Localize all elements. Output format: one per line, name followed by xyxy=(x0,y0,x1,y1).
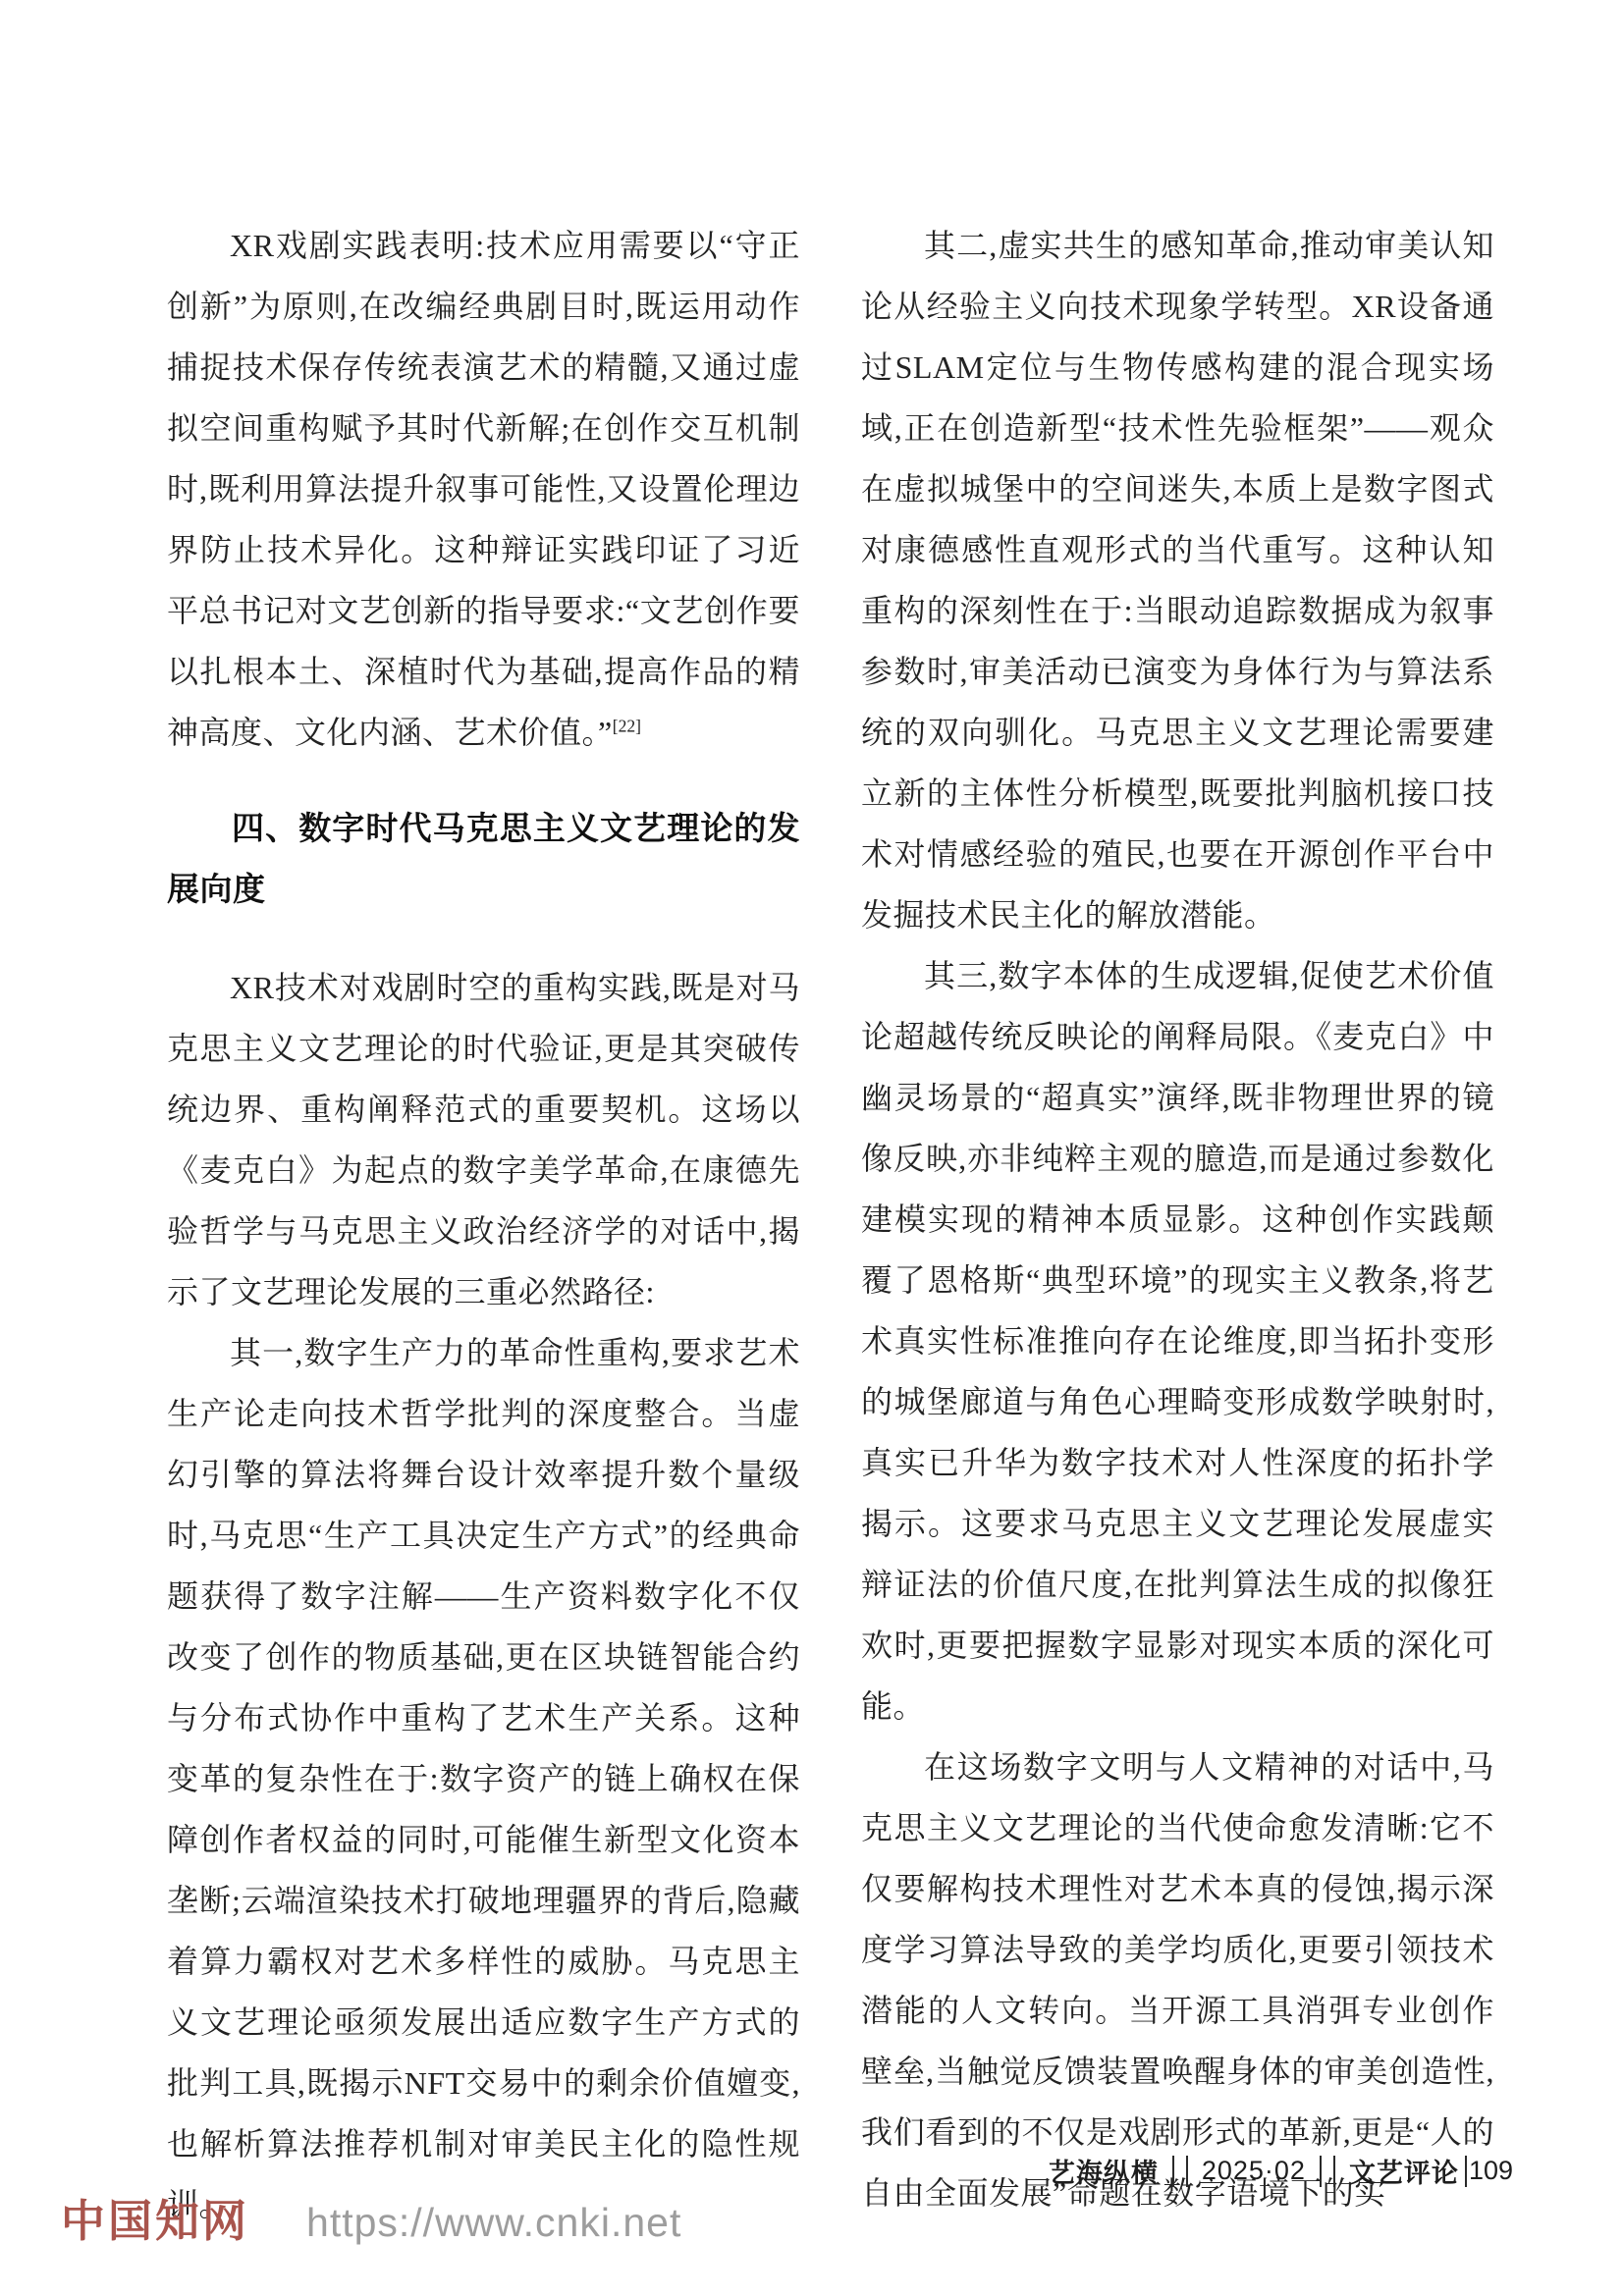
article-body: XR戏剧实践表明:技术应用需要以“守正创新”为原则,在改编经典剧目时,既运用动作… xyxy=(167,215,1494,2235)
issue-number: 2025·02 xyxy=(1202,2156,1306,2186)
footer-divider xyxy=(1465,2156,1467,2187)
section-name: 文艺评论 xyxy=(1349,2152,1459,2190)
right-column: 其二,虚实共生的感知革命,推动审美认知论从经验主义向技术现象学转型。XR设备通过… xyxy=(861,215,1494,2235)
page-footer: 艺海纵横 2025·02 文艺评论 109 xyxy=(1049,2152,1513,2190)
paragraph: XR技术对戏剧时空的重构实践,既是对马克思主义文艺理论的时代验证,更是其突破传统… xyxy=(167,957,800,1322)
journal-title: 艺海纵横 xyxy=(1049,2152,1159,2190)
left-column: XR戏剧实践表明:技术应用需要以“守正创新”为原则,在改编经典剧目时,既运用动作… xyxy=(167,215,800,2235)
paragraph: 其一,数字生产力的革命性重构,要求艺术生产论走向技术哲学批判的深度整合。当虚幻引… xyxy=(167,1322,800,2235)
paragraph: 其三,数字本体的生成逻辑,促使艺术价值论超越传统反映论的阐释局限。《麦克白》中幽… xyxy=(861,945,1494,1736)
paragraph-text: XR戏剧实践表明:技术应用需要以“守正创新”为原则,在改编经典剧目时,既运用动作… xyxy=(167,228,800,750)
cnki-url: https://www.cnki.net xyxy=(306,2200,681,2246)
paragraph: 在这场数字文明与人文精神的对话中,马克思主义文艺理论的当代使命愈发清晰:它不仅要… xyxy=(861,1736,1494,2223)
footer-divider xyxy=(1320,2156,1322,2187)
section-heading: 四、数字时代马克思主义文艺理论的发展向度 xyxy=(167,798,800,920)
paragraph: XR戏剧实践表明:技术应用需要以“守正创新”为原则,在改编经典剧目时,既运用动作… xyxy=(167,215,800,763)
journal-page: XR戏剧实践表明:技术应用需要以“守正创新”为原则,在改编经典剧目时,既运用动作… xyxy=(0,0,1623,2296)
cnki-logo-text: 中国知网 xyxy=(61,2185,249,2249)
page-number: 109 xyxy=(1469,2156,1513,2186)
footer-divider xyxy=(1172,2156,1174,2187)
footer-divider xyxy=(1333,2156,1335,2187)
paragraph: 其二,虚实共生的感知革命,推动审美认知论从经验主义向技术现象学转型。XR设备通过… xyxy=(861,215,1494,945)
footnote-reference: [22] xyxy=(613,716,641,735)
cnki-watermark: 中国知网 https://www.cnki.net xyxy=(61,2185,681,2249)
footer-divider xyxy=(1186,2156,1188,2187)
